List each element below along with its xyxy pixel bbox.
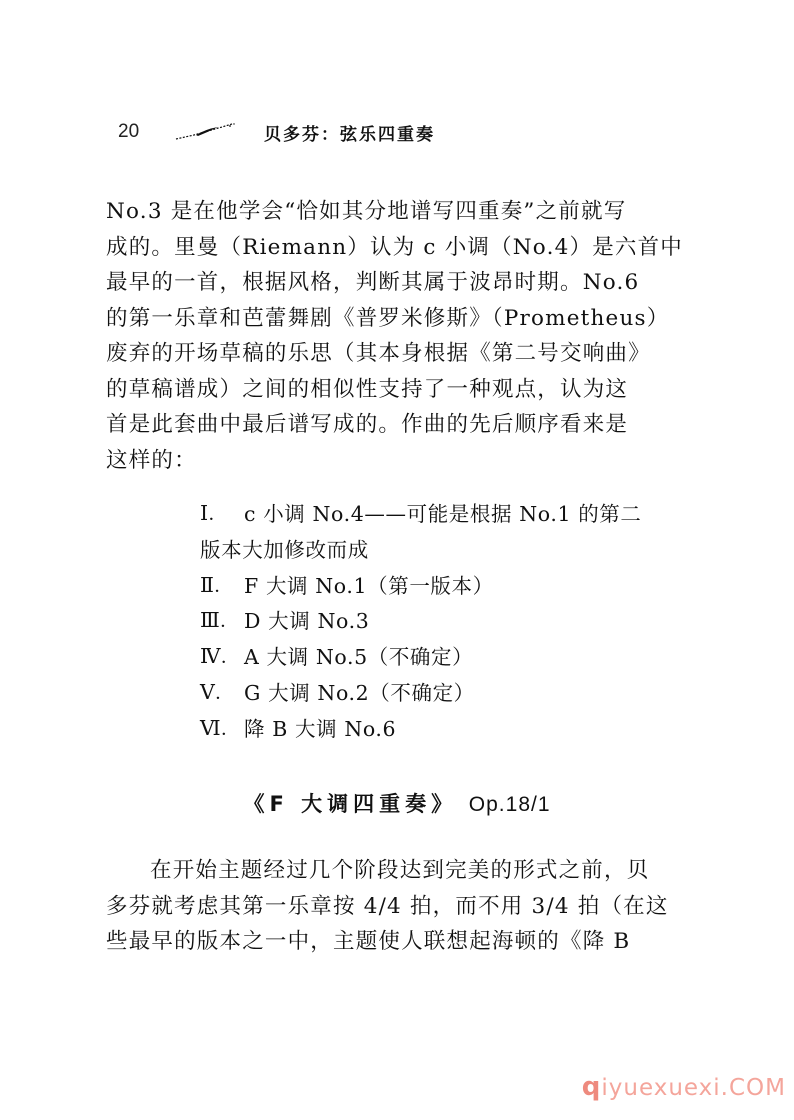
page-number: 20: [118, 121, 174, 143]
text-line: 的草稿谱成）之间的相似性支持了一种观点，认为这: [106, 372, 666, 408]
list-item-text: A 大调 No.5（不确定）: [244, 640, 473, 676]
running-header: 20 贝多芬：弦乐四重奏: [118, 118, 435, 146]
text-line: 的第一乐章和芭蕾舞剧《普罗米修斯》（Prometheus）: [106, 301, 666, 337]
list-item-continuation: 版本大加修改而成: [200, 533, 670, 569]
site-watermark: qiyuexuexi.COM: [582, 1072, 786, 1102]
list-numeral: Ⅱ.: [200, 569, 244, 605]
list-item-text: G 大调 No.2（不确定）: [244, 676, 475, 712]
quill-pen-icon: [174, 122, 236, 142]
list-numeral: Ⅲ.: [200, 604, 244, 640]
text-line: 成的。里曼（Riemann）认为 c 小调（No.4）是六首中: [106, 230, 666, 266]
running-header-title: 贝多芬：弦乐四重奏: [264, 120, 435, 145]
list-item: Ⅵ. 降 B 大调 No.6: [200, 712, 670, 748]
list-item: Ⅰ. c 小调 No.4——可能是根据 No.1 的第二: [200, 497, 670, 533]
body-paragraph-2: 在开始主题经过几个阶段达到完美的形式之前，贝 多芬就考虑其第一乐章按 4/4 拍…: [106, 853, 666, 960]
list-item-text: 版本大加修改而成: [200, 533, 369, 569]
list-item: Ⅱ. F 大调 No.1（第一版本）: [200, 569, 670, 605]
watermark-text: iyuexuexi.COM: [601, 1075, 786, 1101]
text-line: 最早的一首，根据风格，判断其属于波昂时期。No.6: [106, 265, 666, 301]
section-heading-opus: Op.18/1: [469, 793, 551, 816]
list-item-text: F 大调 No.1（第一版本）: [244, 569, 494, 605]
list-item: Ⅳ. A 大调 No.5（不确定）: [200, 640, 670, 676]
text-line: 首是此套曲中最后谱写成的。作曲的先后顺序看来是: [106, 407, 666, 443]
text-line: 这样的：: [106, 443, 666, 479]
section-heading: 《F 大调四重奏》 Op.18/1: [0, 788, 794, 818]
list-item-text: 降 B 大调 No.6: [244, 712, 396, 748]
list-item: Ⅴ. G 大调 No.2（不确定）: [200, 676, 670, 712]
list-numeral: Ⅴ.: [200, 676, 244, 712]
text-line: 些最早的版本之一中，主题使人联想起海顿的《降 B: [106, 924, 666, 960]
book-page: 20 贝多芬：弦乐四重奏 No.3 是在他学会“恰如其分地谱写四重奏”之前就写 …: [0, 0, 794, 1120]
section-heading-title: 《F 大调四重奏》: [243, 792, 457, 816]
body-paragraph-1: No.3 是在他学会“恰如其分地谱写四重奏”之前就写 成的。里曼（Riemann…: [106, 194, 666, 478]
composition-order-list: Ⅰ. c 小调 No.4——可能是根据 No.1 的第二 版本大加修改而成 Ⅱ.…: [200, 497, 670, 748]
list-numeral: Ⅵ.: [200, 712, 244, 748]
list-numeral: Ⅰ.: [200, 497, 244, 533]
watermark-logo-letter: q: [582, 1072, 602, 1102]
text-line: 多芬就考虑其第一乐章按 4/4 拍，而不用 3/4 拍（在这: [106, 889, 666, 925]
text-line: 废弃的开场草稿的乐思（其本身根据《第二号交响曲》: [106, 336, 666, 372]
list-numeral: Ⅳ.: [200, 640, 244, 676]
text-line: 在开始主题经过几个阶段达到完美的形式之前，贝: [106, 853, 666, 889]
list-item-text: c 小调 No.4——可能是根据 No.1 的第二: [244, 497, 642, 533]
text-line: No.3 是在他学会“恰如其分地谱写四重奏”之前就写: [106, 194, 666, 230]
list-item-text: D 大调 No.3: [244, 604, 369, 640]
list-item: Ⅲ. D 大调 No.3: [200, 604, 670, 640]
